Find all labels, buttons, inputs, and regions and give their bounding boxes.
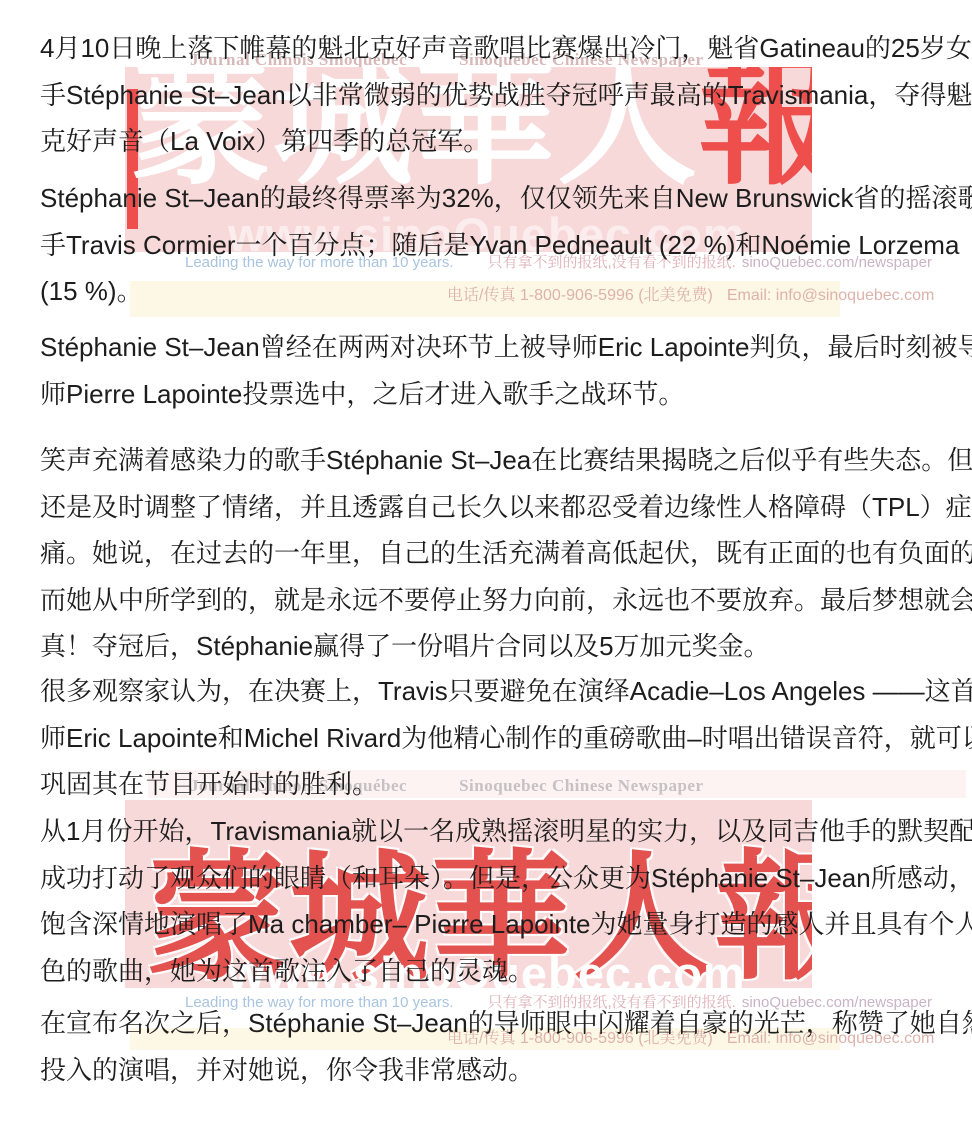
text-line: 真！夺冠后，Stéphanie赢得了一份唱片合同以及5万加元奖金。 (40, 623, 972, 670)
text-line: 痛。她说，在过去的一年里，自己的生活充满着高低起伏，既有正面的也有负面的。 (40, 530, 972, 577)
text-line: 投入的演唱，并对她说，你令我非常感动。 (40, 1047, 972, 1094)
text-line: 从1月份开始，Travismania就以一名成熟摇滚明星的实力，以及同吉他手的默… (40, 808, 972, 855)
paragraph-2: Stéphanie St–Jean的最终得票率为32%，仅仅领先来自New Br… (40, 175, 972, 315)
text-line: Stéphanie St–Jean曾经在两两对决环节上被导师Eric Lapoi… (40, 324, 972, 371)
text-line: 师Eric Lapointe和Michel Rivard为他精心制作的重磅歌曲–… (40, 715, 972, 762)
paragraph-4: 笑声充满着感染力的歌手Stéphanie St–Jea在比赛结果揭晓之后似乎有些… (40, 437, 972, 670)
text-line: 笑声充满着感染力的歌手Stéphanie St–Jea在比赛结果揭晓之后似乎有些… (40, 437, 972, 484)
paragraph-6: 从1月份开始，Travismania就以一名成熟摇滚明星的实力，以及同吉他手的默… (40, 808, 972, 994)
text-line: 饱含深情地演唱了Ma chamber– Pierre Lapointe为她量身打… (40, 901, 972, 948)
text-line: 手Stéphanie St–Jean以非常微弱的优势战胜夺冠呼声最高的Travi… (40, 72, 972, 119)
text-line: 还是及时调整了情绪，并且透露自己长久以来都忍受着边缘性人格障碍（TPL）症的病 (40, 484, 972, 531)
text-line: 色的歌曲，她为这首歌注入了自己的灵魂。 (40, 948, 972, 995)
text-line: 而她从中所学到的，就是永远不要停止努力向前，永远也不要放弃。最后梦想就会成 (40, 577, 972, 624)
text-line: 在宣布名次之后，Stéphanie St–Jean的导师眼中闪耀着自豪的光芒，称… (40, 1000, 972, 1047)
text-line: 4月10日晚上落下帷幕的魁北克好声音歌唱比赛爆出冷门，魁省Gatineau的25… (40, 25, 972, 72)
paragraph-3: Stéphanie St–Jean曾经在两两对决环节上被导师Eric Lapoi… (40, 324, 972, 417)
text-line: 师Pierre Lapointe投票选中，之后才进入歌手之战环节。 (40, 371, 972, 418)
text-line: 手Travis Cormier一个百分点；随后是Yvan Pedneault (… (40, 222, 972, 269)
text-line: 巩固其在节目开始时的胜利。 (40, 761, 972, 808)
text-line: 克好声音（La Voix）第四季的总冠军。 (40, 118, 972, 165)
text-line: 很多观察家认为，在决赛上，Travis只要避免在演绎Acadie–Los Ang… (40, 668, 972, 715)
paragraph-7: 在宣布名次之后，Stéphanie St–Jean的导师眼中闪耀着自豪的光芒，称… (40, 1000, 972, 1093)
text-line: (15 %)。 (40, 268, 972, 315)
text-line: Stéphanie St–Jean的最终得票率为32%，仅仅领先来自New Br… (40, 175, 972, 222)
text-line: 成功打动了观众们的眼睛（和耳朵）。但是，公众更为Stéphanie St–Jea… (40, 855, 972, 902)
paragraph-5: 很多观察家认为，在决赛上，Travis只要避免在演绎Acadie–Los Ang… (40, 668, 972, 808)
paragraph-1: 4月10日晚上落下帷幕的魁北克好声音歌唱比赛爆出冷门，魁省Gatineau的25… (40, 25, 972, 165)
article-page: Journal Chinois SinoquébecSinoquebec Chi… (0, 0, 972, 1126)
